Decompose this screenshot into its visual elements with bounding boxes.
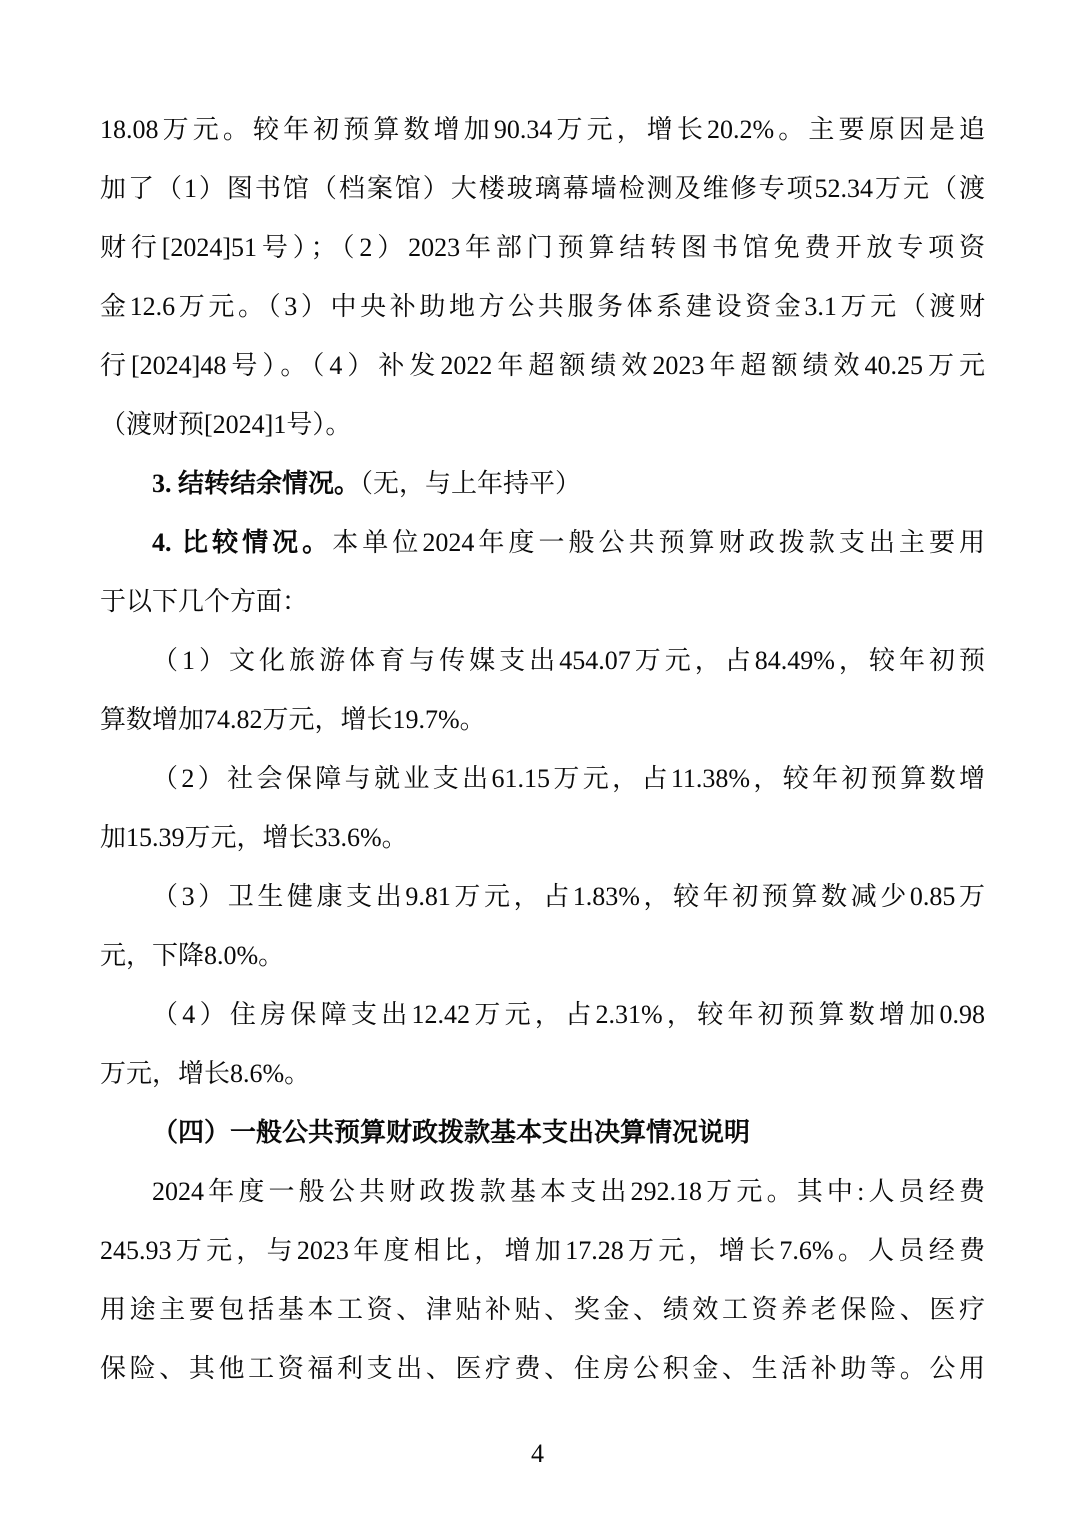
text-segment: 于以下几个方面：	[100, 587, 308, 616]
text-line: （四）一般公共预算财政拨款基本支出决算情况说明	[100, 1103, 985, 1162]
document-body: 18.08万元。较年初预算数增加90.34万元，增长20.2%。主要原因是追加了…	[100, 100, 985, 1398]
text-segment: 18.08万元。较年初预算数增加90.34万元，增长20.2%。主要原因是追	[100, 115, 985, 144]
text-segment: （3）卫生健康支出9.81万元，占1.83%，较年初预算数减少0.85万	[152, 882, 985, 911]
text-segment: （4）住房保障支出12.42万元，占2.31%，较年初预算数增加0.98	[152, 1000, 985, 1029]
text-line: 3. 结转结余情况。（无，与上年持平）	[100, 454, 985, 513]
text-segment: 本单位2024年度一般公共预算财政拨款支出主要用	[332, 528, 985, 557]
text-line: 加15.39万元，增长33.6%。	[100, 808, 985, 867]
text-line: 4. 比较情况。本单位2024年度一般公共预算财政拨款支出主要用	[100, 513, 985, 572]
text-segment: 2024年度一般公共财政拨款基本支出292.18万元。其中:人员经费	[152, 1177, 985, 1206]
text-line: 于以下几个方面：	[100, 572, 985, 631]
text-segment: （2）社会保障与就业支出61.15万元，占11.38%，较年初预算数增	[152, 764, 985, 793]
text-segment: 财行[2024]51号）；（2）2023年部门预算结转图书馆免费开放专项资	[100, 233, 985, 262]
text-segment: （无，与上年持平）	[360, 469, 581, 498]
text-line: 金12.6万元。（3）中央补助地方公共服务体系建设资金3.1万元（渡财	[100, 277, 985, 336]
text-line: 2024年度一般公共财政拨款基本支出292.18万元。其中:人员经费	[100, 1162, 985, 1221]
text-line: （3）卫生健康支出9.81万元，占1.83%，较年初预算数减少0.85万	[100, 867, 985, 926]
text-line: 行[2024]48号）。（4）补发2022年超额绩效2023年超额绩效40.25…	[100, 336, 985, 395]
text-segment: 加15.39万元，增长33.6%。	[100, 823, 408, 852]
bold-text-segment: 4. 比较情况。	[152, 528, 332, 557]
text-line: （4）住房保障支出12.42万元，占2.31%，较年初预算数增加0.98	[100, 985, 985, 1044]
text-segment: 用途主要包括基本工资、津贴补贴、奖金、绩效工资养老保险、医疗	[100, 1295, 985, 1324]
document-page: 18.08万元。较年初预算数增加90.34万元，增长20.2%。主要原因是追加了…	[0, 0, 1075, 1520]
bold-text-segment: 3. 结转结余情况。	[152, 469, 360, 498]
text-line: 保险、其他工资福利支出、医疗费、住房公积金、生活补助等。公用	[100, 1339, 985, 1398]
text-segment: 算数增加74.82万元，增长19.7%。	[100, 705, 486, 734]
text-line: （渡财预[2024]1号）。	[100, 395, 985, 454]
text-segment: 保险、其他工资福利支出、医疗费、住房公积金、生活补助等。公用	[100, 1354, 985, 1383]
text-segment: （1）文化旅游体育与传媒支出454.07万元，占84.49%，较年初预	[152, 646, 985, 675]
text-line: 财行[2024]51号）；（2）2023年部门预算结转图书馆免费开放专项资	[100, 218, 985, 277]
text-line: 245.93万元，与2023年度相比，增加17.28万元，增长7.6%。人员经费	[100, 1221, 985, 1280]
text-segment: 金12.6万元。（3）中央补助地方公共服务体系建设资金3.1万元（渡财	[100, 292, 985, 321]
text-segment: 245.93万元，与2023年度相比，增加17.28万元，增长7.6%。人员经费	[100, 1236, 985, 1265]
text-line: 18.08万元。较年初预算数增加90.34万元，增长20.2%。主要原因是追	[100, 100, 985, 159]
text-line: （2）社会保障与就业支出61.15万元，占11.38%，较年初预算数增	[100, 749, 985, 808]
text-line: （1）文化旅游体育与传媒支出454.07万元，占84.49%，较年初预	[100, 631, 985, 690]
bold-text-segment: （四）一般公共预算财政拨款基本支出决算情况说明	[152, 1118, 750, 1147]
text-line: 万元，增长8.6%。	[100, 1044, 985, 1103]
text-segment: 元，下降8.0%。	[100, 941, 284, 970]
text-segment: 加了（1）图书馆（档案馆）大楼玻璃幕墙检测及维修专项52.34万元（渡	[100, 174, 985, 203]
page-number: 4	[0, 1424, 1075, 1483]
text-line: 用途主要包括基本工资、津贴补贴、奖金、绩效工资养老保险、医疗	[100, 1280, 985, 1339]
text-segment: （渡财预[2024]1号）。	[100, 410, 351, 439]
text-segment: 万元，增长8.6%。	[100, 1059, 310, 1088]
text-line: 算数增加74.82万元，增长19.7%。	[100, 690, 985, 749]
text-segment: 行[2024]48号）。（4）补发2022年超额绩效2023年超额绩效40.25…	[100, 351, 985, 380]
text-line: 加了（1）图书馆（档案馆）大楼玻璃幕墙检测及维修专项52.34万元（渡	[100, 159, 985, 218]
text-line: 元，下降8.0%。	[100, 926, 985, 985]
